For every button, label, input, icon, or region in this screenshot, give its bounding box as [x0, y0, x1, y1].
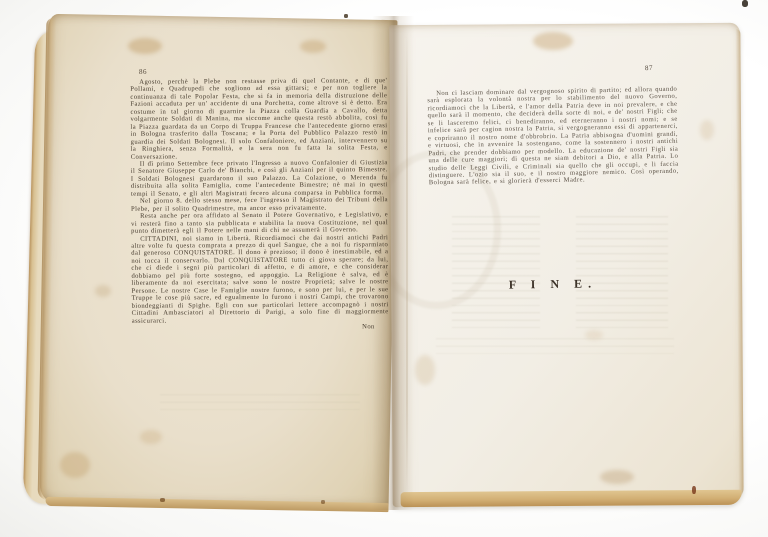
paragraph: Il dì primo Settembre fece privato l'Ing…: [131, 159, 388, 198]
paragraph: CITTADINI, noi siamo in Libertà. Ricordi…: [131, 234, 389, 325]
page-number-left: 86: [139, 68, 147, 76]
paragraph: Nel giorno 8. dello stesso mese, fece l'…: [131, 196, 388, 212]
right-page-text-block: Non ci lasciam dominare dal vergognoso s…: [427, 86, 679, 187]
left-page-bottom-edge: [45, 497, 388, 512]
left-page-text-block: Agosto, perchè la Plebe non restasse pri…: [130, 77, 389, 332]
speck: [344, 14, 348, 18]
catchword: Non: [132, 323, 389, 332]
paragraph: Resta anche per ora affidato al Senato i…: [131, 211, 388, 235]
paragraph: Agosto, perchè la Plebe non restasse pri…: [130, 77, 387, 161]
page-number-right: 87: [645, 64, 653, 72]
paragraph: Non ci lasciam dominare dal vergognoso s…: [427, 86, 679, 187]
photo-of-open-book: 86 87 Agosto, perchè la Plebe non restas…: [0, 0, 768, 537]
speck: [742, 0, 748, 7]
right-page-bottom-edge: [401, 490, 742, 507]
right-page-fore-edge: [735, 29, 743, 495]
